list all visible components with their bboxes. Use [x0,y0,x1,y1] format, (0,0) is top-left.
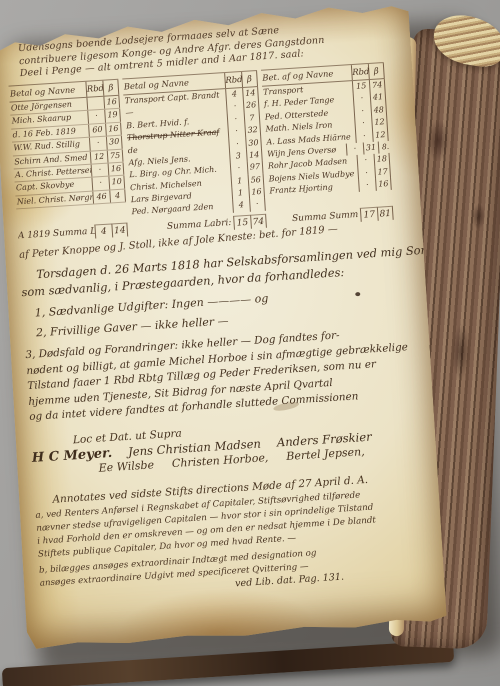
entry-rbd: 60 [88,123,106,136]
column-header-sk: β [102,80,119,96]
entry-rbd: · [357,167,375,180]
entry-rbd: · [227,113,245,126]
column-header-sk: β [241,71,258,87]
agenda-item-3: 3, Dødsfald og Forandringer: ikke heller… [25,325,405,427]
entry-sk: 16 [103,96,120,109]
entry-rbd: · [358,179,376,192]
entry-rbd: 12 [90,150,108,163]
entry-sk: 48 [370,104,387,117]
entry-rbd: · [91,164,109,177]
entry-rbd: 15 [352,80,370,93]
entry-rbd: · [89,137,107,150]
entry-rbd: · [226,100,244,113]
entry-sk: · [249,198,266,211]
entry-rbd: 46 [92,190,110,203]
column-header-sk: β [368,63,385,79]
entry-sk: 7 [244,112,261,125]
entry-sk: 4 [109,189,126,202]
entry-rbd: · [230,162,248,175]
sum-label: A 1819 Summa Ladr: [18,225,96,244]
entry-sk: 26 [243,99,260,112]
entry-rbd: 4 [232,199,250,212]
entry-rbd: 1 [230,175,248,188]
margin-note: 8. [382,141,390,154]
entry-rbd: · [353,105,371,118]
sum-row: A 1819 Summa Ladr: 4 14 [18,222,129,243]
entry-rbd: · [357,154,375,167]
table-group-middle: Betal og Navne Rbd β Transport Capt. Bra… [122,70,267,236]
entry-sk: 16 [105,122,122,135]
entry-sk: 14 [246,149,263,162]
sum-rbd: 15 [233,215,251,230]
entry-sk: 32 [244,124,261,137]
entry-rbd: · [354,117,372,130]
entry-sk: 18 [374,153,391,166]
entry-rbd: · [87,110,105,123]
entry-rbd [86,97,104,110]
sum-sk: 74 [250,214,267,229]
entry-rbd: · [227,125,245,138]
entry-rbd: 3 [229,150,247,163]
sum-rbd: 4 [94,223,112,238]
entry-rbd: 4 [225,88,243,101]
entry-sk: 30 [106,136,123,149]
entry-sk: 14 [242,87,259,100]
sum-sk: 14 [111,222,128,237]
entry-rbd: · [228,137,246,150]
entry-sk: 12 [371,116,388,129]
sum-rbd: 17 [360,207,378,222]
signature-name: Ee Wilsbe [98,458,154,474]
entry-rbd: · [346,142,364,155]
entry-sk: 10 [108,176,125,189]
column-header-rbd: Rbd [351,64,369,80]
entry-sk: 56 [247,174,264,187]
entry-sk: 16 [108,163,125,176]
table-group-right: Bet. af og Navne Rbd β Transport1574 f. … [261,62,394,227]
entry-rbd: · [91,177,109,190]
entry-sk: 16 [248,186,265,199]
entry-rbd: 1 [231,187,249,200]
page-content: Udensogns boende Lodsejere formaaes selv… [0,1,447,650]
column-header-rbd: Rbd [85,81,103,97]
entry-sk: 31 [363,141,380,154]
entry-sk: 74 [369,79,386,92]
entry-sk: 16 [375,178,392,191]
entry-rbd: · [355,129,373,142]
entry-sk: 97 [247,161,264,174]
column-header-rbd: Rbd [224,72,242,88]
entry-sk: 12 [372,128,389,141]
manuscript-page: Udensogns boende Lodsejere formaaes selv… [0,1,447,650]
entry-sk: 41 [370,91,387,104]
table-group-left: Betal og Navne Rbd β Otte Jörgensen16 Mi… [8,79,128,244]
ledger-table: Betal og Navne Rbd β Otte Jörgensen16 Mi… [8,62,393,243]
entry-sk: 17 [374,166,391,179]
entry-sk: 19 [104,109,121,122]
entry-sk: 30 [245,136,262,149]
entry-rbd: · [353,92,371,105]
entry-sk: 75 [107,149,124,162]
